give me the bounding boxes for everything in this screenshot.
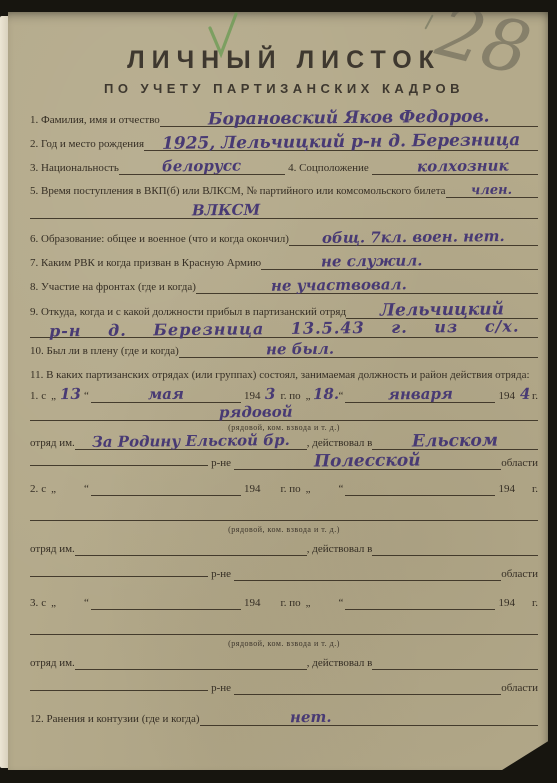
oblast-line [234,682,501,695]
detachment-line [75,657,307,670]
printed-text: г. по [280,390,300,402]
printed-text: с [41,483,46,495]
printed-year-prefix: 194 [244,483,261,495]
handwritten-month: января [388,388,453,401]
operated-in-line: Ельском [372,434,538,450]
field-label: 1. Фамилия, имя и отчество [30,114,160,126]
district-line [30,690,208,691]
field-party-membership-cont: ВЛКСМ [30,204,538,220]
printed-text: отряд им. [30,437,75,449]
field-line: 1925, Лельчицкий р-н д. Березница [144,135,538,151]
field-line: не участвовал. [196,279,538,294]
day-slot [58,483,82,495]
field-label: 9. Откуда, когда и с какой должности при… [30,306,346,318]
printed-year-prefix: 194 [244,390,261,402]
printed-quote: „ [51,597,56,609]
printed-text: г. по [280,483,300,495]
field-label: 2. Год и место рождения [30,138,144,150]
printed-text: , действовал в [307,437,373,449]
handwritten-detachment: За Родину Ельской бр. [92,434,290,449]
form-subtitle: ПО УЧЕТУ ПАРТИЗАНСКИХ КАДРОВ [30,81,538,96]
position-line [30,508,538,521]
month-line: января [345,388,495,403]
oblast-line: Полесской [234,454,501,470]
printed-text: области [501,682,538,694]
handwritten-value: 1925, Лельчицкий р-н д. Березница [162,133,520,151]
entry-position-row [30,622,538,638]
operated-in-line [372,543,538,556]
year-digit-slot [263,597,277,609]
year-digit-slot [518,483,532,495]
field-line: член. [446,185,538,198]
entry-district-row: р-не Полесской области [30,454,538,470]
printed-text: г. [532,597,538,609]
printed-text: с [41,597,46,609]
operated-in-line [372,657,538,670]
day-slot [58,597,82,609]
handwritten-oblast: Полесской [314,453,421,469]
field-line: р-н д. Березница 13.5.43 г. из с/х. [30,322,538,338]
day-slot: 13 [58,388,82,402]
field-front-service: 8. Участие на фронтах (где и когда) не у… [30,279,538,295]
handwritten-year-digit: 3 [265,388,276,401]
day-slot: 18. [313,388,337,402]
printed-text: отряд им. [30,543,75,555]
printed-text: г. [532,390,538,402]
printed-text: г. по [280,597,300,609]
printed-text: , действовал в [307,543,373,555]
entry-number: 2. [30,483,38,495]
entry-district-row: р-не области [30,568,538,584]
field-birth: 2. Год и место рождения 1925, Лельчицкий… [30,135,538,151]
handwritten-value: член. [471,185,512,196]
handwritten-day: 13 [60,388,81,401]
printed-quote: „ [51,483,56,495]
month-line [345,597,495,610]
handwritten-value: Лельчицкий [380,302,504,318]
printed-quote: „ [51,390,56,402]
field-label: 7. Каким РВК и когда призван в Красную А… [30,257,261,269]
printed-text: с [41,390,46,402]
oblast-line [234,568,501,581]
field-line: белорусс [119,160,285,175]
entry-dates-row: 1. с „ 13 “ мая 194 3 г. по „ 18. “ янва… [30,388,538,404]
district-line [30,576,208,577]
field-arrival-origin-cont: р-н д. Березница 13.5.43 г. из с/х. [30,322,538,338]
entry-district-row: р-не области [30,682,538,698]
month-line [91,597,241,610]
printed-quote: „ [306,390,311,402]
entry-number: 3. [30,597,38,609]
handwritten-value: не был. [266,343,334,356]
handwritten-value: не служил. [321,254,423,268]
field-education: 6. Образование: общее и военное (что и к… [30,231,538,247]
printed-quote: “ [84,597,89,609]
field-line: не служил. [261,255,538,270]
field-pow: 10. Был ли в плену (где и когда) не был. [30,343,538,359]
printed-text: р-не [211,682,231,694]
handwritten-value: не участвовал. [271,278,407,292]
field-rvk-draft: 7. Каким РВК и когда призван в Красную А… [30,255,538,271]
field-label: 11. В каких партизанских отрядах (или гр… [30,368,530,383]
field-label: 12. Ранения и контузии (где и когда) [30,713,200,725]
field-label: 4. Соцположение [288,162,369,174]
green-checkmark-icon [206,12,240,58]
field-label: 6. Образование: общее и военное (что и к… [30,233,289,245]
form-content: 28 ЛИЧНЫЙ ЛИСТОК ПО УЧЕТУ ПАРТИЗАНСКИХ К… [8,12,548,770]
handwritten-value: ВЛКСМ [192,204,260,217]
field-label: 8. Участие на фронтах (где и когда) [30,281,196,293]
position-line [30,622,538,635]
month-line: мая [91,388,241,403]
entry-dates-row: 3. с „ “ 194 г. по „ “ 194 г. [30,597,538,613]
day-slot [313,597,337,609]
handwritten-value: Борановский Яков Федоров. [208,110,490,127]
field-party-membership: 5. Время поступления в ВКП(б) или ВЛКСМ,… [30,185,538,201]
position-caption: (рядовой, ком. взвода и т. д.) [30,525,538,534]
printed-quote: “ [339,390,344,402]
printed-quote: “ [339,597,344,609]
printed-text: , действовал в [307,657,373,669]
entry-position-row: рядовой [30,406,538,422]
field-line: общ. 7кл. воен. нет. [289,231,538,246]
handwritten-year-digit: 4 [520,388,531,401]
handwritten-position: рядовой [219,406,293,420]
printed-text: области [501,568,538,580]
scan-background: { "colors": { "paper": "#b4aa8b", "print… [0,0,557,783]
entry-number: 1. [30,390,38,402]
day-slot [313,483,337,495]
printed-year-prefix: 194 [498,597,515,609]
handwritten-value: белорусс [162,160,241,174]
handwritten-value: р-н д. Березница 13.5.43 г. из с/х. [49,320,520,339]
printed-year-prefix: 194 [498,390,515,402]
printed-text: р-не [211,568,231,580]
printed-quote: “ [84,390,89,402]
handwritten-month: мая [148,388,184,401]
handwritten-value: общ. 7кл. воен. нет. [322,230,505,245]
year-digit-slot: 4 [518,388,532,402]
printed-year-prefix: 194 [244,597,261,609]
field-surname: 1. Фамилия, имя и отчество Борановский Я… [30,111,538,127]
entry-detachment-row: отряд им. , действовал в [30,543,538,559]
printed-quote: “ [84,483,89,495]
printed-quote: “ [339,483,344,495]
month-line [91,483,241,496]
service-entry-1: 1. с „ 13 “ мая 194 3 г. по „ 18. “ янва… [30,388,538,470]
field-label: 3. Национальность [30,162,119,174]
paper: 28 ЛИЧНЫЙ ЛИСТОК ПО УЧЕТУ ПАРТИЗАНСКИХ К… [8,12,548,770]
printed-text: отряд им. [30,657,75,669]
printed-text: г. [532,483,538,495]
field-line: колхозник [372,160,538,175]
service-entry-2: 2. с „ “ 194 г. по „ “ 194 г. (рядовой [30,483,538,584]
entry-detachment-row: отряд им. , действовал в [30,657,538,673]
handwritten-day: 18. [312,388,338,401]
field-line: нет. [200,711,538,726]
printed-quote: „ [306,597,311,609]
year-digit-slot [518,597,532,609]
year-digit-slot: 3 [263,388,277,402]
printed-text: р-не [211,457,231,469]
field-line: Борановский Яков Федоров. [160,111,538,127]
handwritten-region: Ельском [412,434,498,449]
entry-detachment-row: отряд им. За Родину Ельской бр. , действ… [30,434,538,450]
handwritten-value: нет. [290,711,332,724]
stray-pencil-mark [424,14,433,29]
printed-text: области [501,457,538,469]
field-line: ВЛКСМ [30,204,538,219]
printed-quote: „ [306,483,311,495]
service-entry-3: 3. с „ “ 194 г. по „ “ 194 г. (рядовой [30,597,538,698]
field-wounds: 12. Ранения и контузии (где и когда) нет… [30,711,538,727]
entry-position-row [30,508,538,524]
year-digit-slot [263,483,277,495]
field-label: 10. Был ли в плену (где и когда) [30,345,179,357]
field-line: не был. [179,343,538,358]
month-line [345,483,495,496]
district-line [30,465,208,466]
field-detachments-heading: 11. В каких партизанских отрядах (или гр… [30,368,538,384]
position-line: рядовой [30,406,538,421]
entry-dates-row: 2. с „ “ 194 г. по „ “ 194 г. [30,483,538,499]
printed-year-prefix: 194 [498,483,515,495]
position-caption: (рядовой, ком. взвода и т. д.) [30,639,538,648]
field-label: 5. Время поступления в ВКП(б) или ВЛКСМ,… [30,185,446,197]
detachment-line: За Родину Ельской бр. [75,435,307,450]
detachment-line [75,543,307,556]
field-nationality-social: 3. Национальность белорусс 4. Соцположен… [30,160,538,176]
handwritten-value: колхозник [417,160,509,174]
